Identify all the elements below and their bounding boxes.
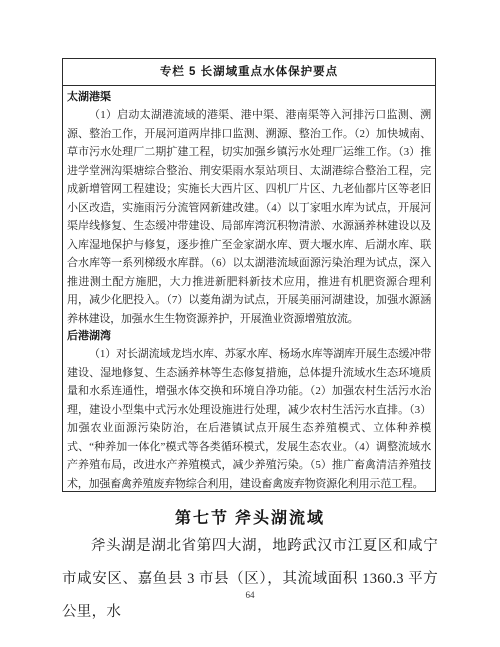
chapter-heading-futou-lake: 第七节 斧头湖流域: [0, 505, 500, 528]
section-text-taihu-gangqu: （1）启动太湖港流域的港渠、港中渠、港南渠等入河排污口监测、溯源、整治工作，开展…: [67, 106, 431, 328]
page-number: 64: [0, 590, 500, 600]
section-heading-taihu-gangqu: 太湖港渠: [67, 89, 431, 106]
callout-box-body: 太湖港渠 （1）启动太湖港流域的港渠、港中渠、港南渠等入河排污口监测、溯源、整治…: [63, 86, 435, 492]
callout-box-title: 专栏 5 长湖域重点水体保护要点: [63, 59, 435, 86]
chapter-paragraph: 斧头湖是湖北省第四大湖，地跨武汉市江夏区和咸宁市咸安区、嘉鱼县 3 市县（区），…: [62, 530, 438, 629]
document-page: 专栏 5 长湖域重点水体保护要点 太湖港渠 （1）启动太湖港流域的港渠、港中渠、…: [0, 0, 500, 647]
section-heading-hougang-huwan: 后港湖湾: [67, 328, 431, 345]
section-text-hougang-huwan: （1）对长湖流域龙垱水库、苏冢水库、杨场水库等湖库开展生态缓冲带建设、湿地修复、…: [67, 345, 431, 492]
callout-box-changhu: 专栏 5 长湖域重点水体保护要点 太湖港渠 （1）启动太湖港流域的港渠、港中渠、…: [62, 58, 436, 492]
